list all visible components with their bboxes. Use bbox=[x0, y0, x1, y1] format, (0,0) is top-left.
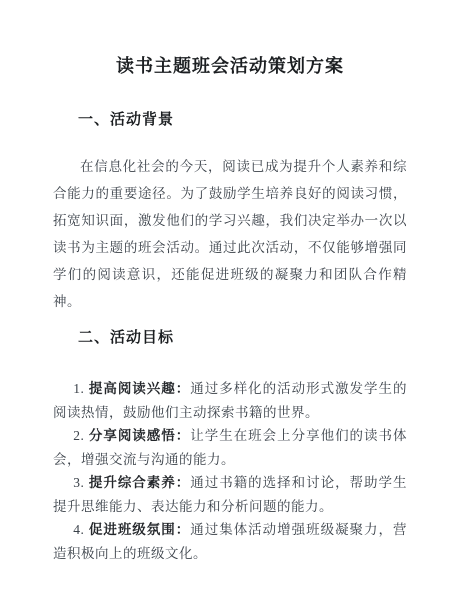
goal-item-number: 1. bbox=[73, 381, 84, 396]
background-paragraph: 在信息化社会的今天，阅读已成为提升个人素养和综合能力的重要途径。为了鼓励学生培养… bbox=[53, 153, 407, 315]
goal-item-label: 分享阅读感悟： bbox=[88, 428, 190, 443]
document-title: 读书主题班会活动策划方案 bbox=[53, 54, 407, 79]
section-heading-activity-background: 一、活动背景 bbox=[78, 110, 407, 128]
goal-item-2: 2.分享阅读感悟：让学生在班会上分享他们的读书体会，增强交流与沟通的能力。 bbox=[53, 424, 407, 471]
goal-item-label: 提高阅读兴趣： bbox=[88, 381, 190, 396]
goal-item-4: 4.促进班级氛围：通过集体活动增强班级凝聚力，营造积极向上的班级文化。 bbox=[53, 518, 407, 565]
goal-item-1: 1.提高阅读兴趣：通过多样化的活动形式激发学生的阅读热情，鼓励他们主动探索书籍的… bbox=[53, 377, 407, 424]
goal-item-number: 4. bbox=[73, 522, 84, 537]
goal-item-number: 2. bbox=[73, 428, 84, 443]
goal-item-label: 提升综合素养： bbox=[88, 475, 190, 490]
goal-list: 1.提高阅读兴趣：通过多样化的活动形式激发学生的阅读热情，鼓励他们主动探索书籍的… bbox=[53, 377, 407, 565]
goal-item-number: 3. bbox=[73, 475, 84, 490]
section-heading-activity-goals: 二、活动目标 bbox=[78, 328, 407, 346]
goal-item-3: 3.提升综合素养：通过书籍的选择和讨论，帮助学生提升思维能力、表达能力和分析问题… bbox=[53, 471, 407, 518]
goal-item-label: 促进班级氛围： bbox=[88, 522, 190, 537]
document-page: 读书主题班会活动策划方案 一、活动背景 在信息化社会的今天，阅读已成为提升个人素… bbox=[0, 0, 463, 600]
